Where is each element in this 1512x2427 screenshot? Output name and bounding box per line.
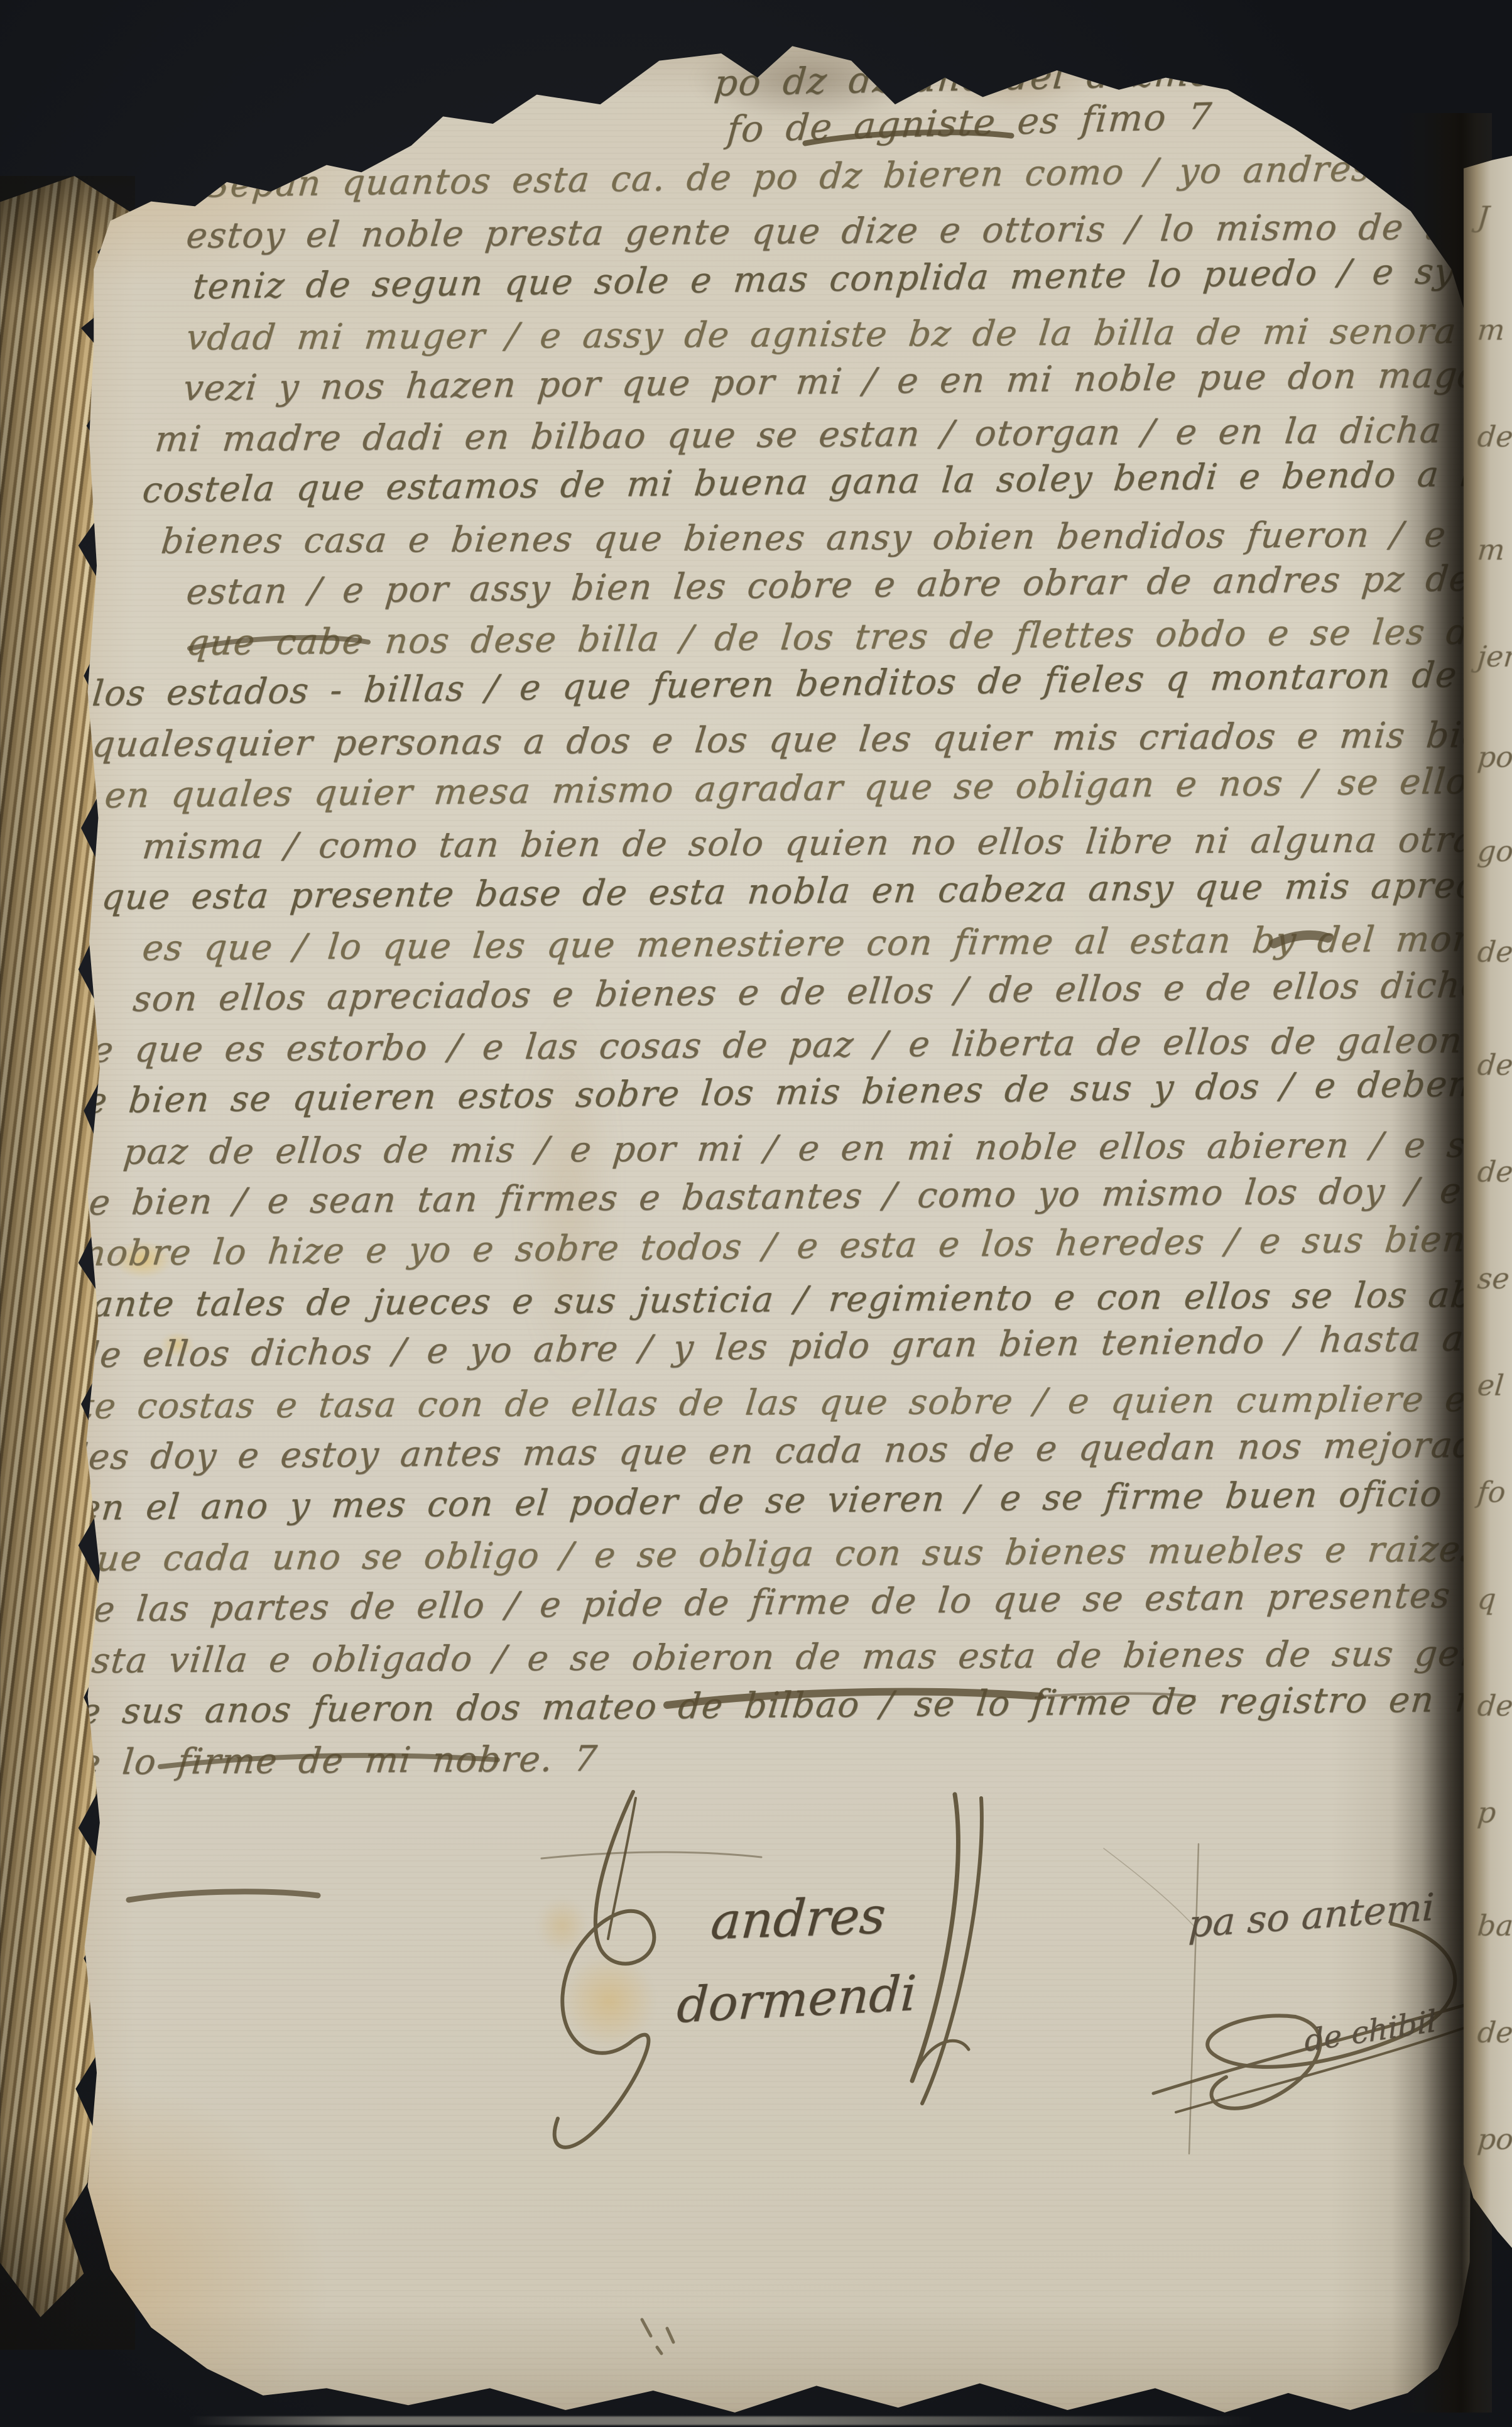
facing-page-text-fragment: el bbox=[1476, 1368, 1506, 1402]
primary-signature-name-line1: andres bbox=[709, 1886, 887, 1951]
primary-signature-rubric bbox=[555, 1792, 982, 2147]
facing-page-text-fragment: m bbox=[1476, 313, 1506, 347]
facing-page-text-fragment: po bbox=[1476, 740, 1512, 774]
header-underline-flourish bbox=[805, 133, 1011, 143]
facing-page-text-fragment: de bbox=[1476, 935, 1512, 969]
facing-page-text-fragment: de bbox=[1476, 2015, 1512, 2049]
facing-page-text-fragment: ba bbox=[1476, 1909, 1512, 1943]
lower-leaf-edge bbox=[188, 2416, 1256, 2425]
bottom-ink-ticks bbox=[642, 2320, 673, 2353]
facing-page-text-fragment: p bbox=[1476, 1796, 1498, 1830]
manuscript-page: po dz dz ano del dozmensr ~ y mas an so … bbox=[0, 0, 1512, 2427]
facing-page-text-fragment: go bbox=[1476, 834, 1512, 868]
photograph-of-manuscript: po dz dz ano del dozmensr ~ y mas an so … bbox=[0, 0, 1512, 2427]
pen-flourishes-and-rubrics bbox=[0, 0, 1512, 2427]
facing-page-text-fragment: m bbox=[1476, 533, 1506, 567]
paper-crease-lines bbox=[1104, 1844, 1199, 2154]
facing-page-text-fragment: q bbox=[1476, 1582, 1498, 1616]
facing-page-text-fragment: de bbox=[1476, 1689, 1512, 1723]
notary-signature-rubric bbox=[1153, 1924, 1503, 2112]
facing-page-edge: Jmdermjenpogodedeldeseelfoqdepbadepo bbox=[1464, 156, 1512, 2248]
facing-page-text-fragment: se bbox=[1476, 1262, 1511, 1295]
body-flourish-marks bbox=[129, 638, 1328, 1900]
facing-page-text-fragment: po bbox=[1476, 2122, 1512, 2156]
facing-page-text-fragment: fo bbox=[1476, 1475, 1507, 1509]
facing-page-text-fragment: de bbox=[1476, 1155, 1512, 1189]
facing-page-text-fragment: der bbox=[1476, 420, 1512, 454]
facing-page-text-fragment: J bbox=[1476, 200, 1491, 234]
facing-page-text-fragment: del bbox=[1476, 1048, 1512, 1082]
facing-page-text-fragment: jen bbox=[1476, 640, 1512, 674]
